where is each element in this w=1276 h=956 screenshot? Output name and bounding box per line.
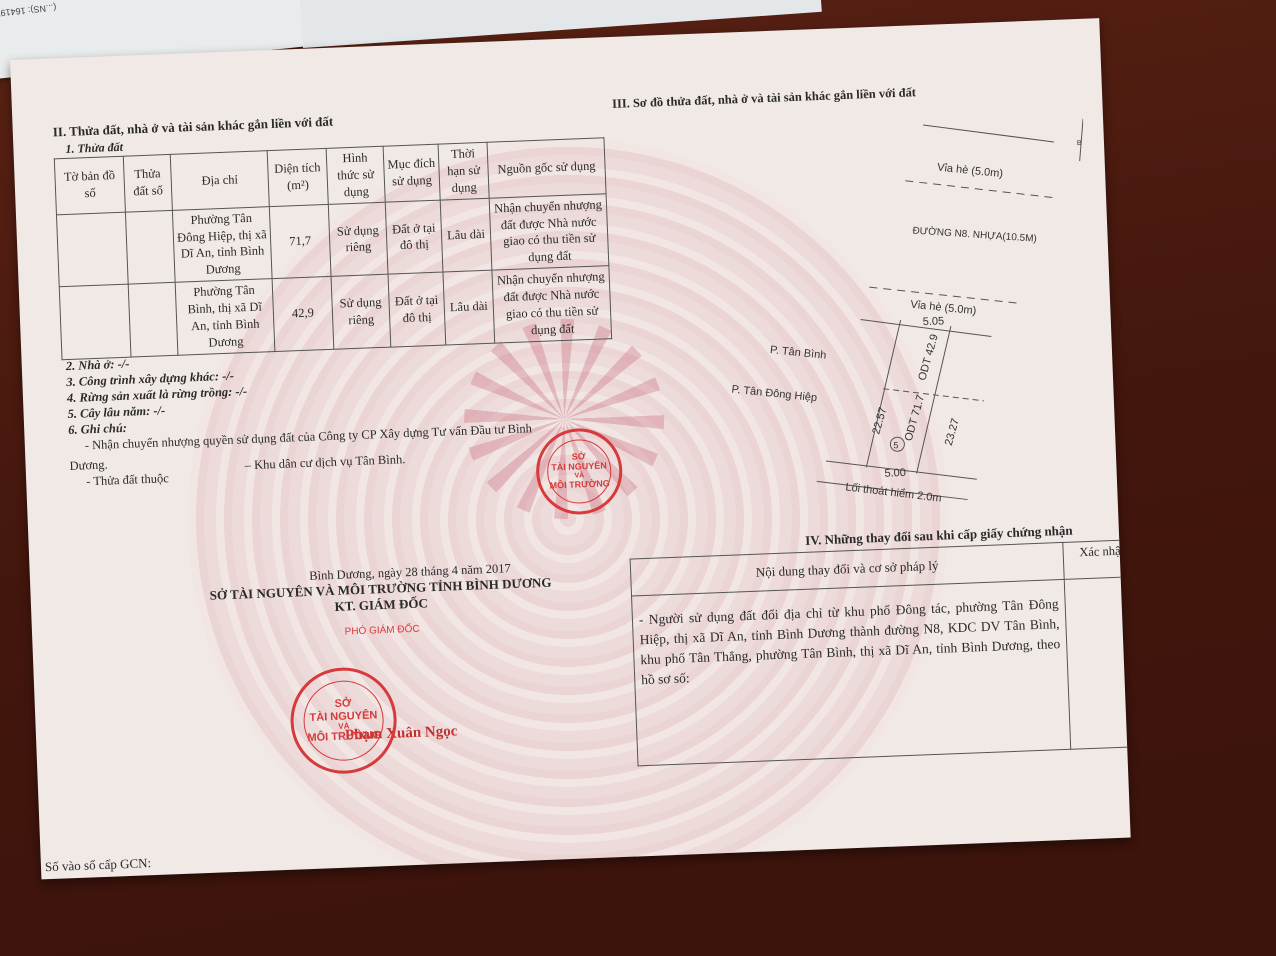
cell: 71,7 [269, 204, 331, 279]
cell: 42,9 [272, 276, 334, 351]
paper-code: (...NS): 1641973 [0, 2, 57, 19]
label-side-left: 22.57 [870, 406, 889, 436]
cell: Lâu dài [440, 198, 492, 272]
col-area: Diện tích (m²) [267, 148, 328, 206]
cell [56, 212, 128, 287]
col-term: Thời hạn sử dụng [438, 142, 489, 199]
cell: Phường Tân Bình, thị xã Dĩ An, tỉnh Bình… [175, 279, 275, 355]
cell: Đất ở tại đô thị [388, 272, 446, 347]
cell [125, 210, 175, 284]
official-seal-small: SỞ TÀI NGUYÊN VÀ MÔI TRƯỜNG [535, 427, 624, 516]
col-map-sheet: Tờ bản đồ số [54, 156, 125, 214]
cell [59, 284, 131, 359]
label-width-bottom: 5.00 [884, 467, 906, 480]
cell: Phường Tân Đông Hiệp, thị xã Dĩ An, tỉnh… [172, 206, 272, 282]
seal-text: MÔI TRƯỜNG [307, 730, 381, 745]
cell: Nhận chuyển nhượng đất được Nhà nước gia… [492, 266, 612, 343]
label-alley: Lối thoát hiểm 2.0m [845, 481, 942, 504]
cell: Sử dụng riêng [331, 274, 391, 349]
cell: Lâu dài [443, 270, 495, 344]
label-parcel-no: 5 [893, 440, 898, 450]
col-purpose: Mục đích sử dụng [383, 144, 440, 202]
parcel-table: Tờ bản đồ số Thửa đất số Địa chỉ Diện tí… [54, 137, 612, 360]
parcel-diagram: Vỉa hè (5.0m) ĐƯỜNG N8. NHỰA(10.5M) Vỉa … [652, 79, 1098, 515]
col-origin: Nguồn gốc sử dụng [487, 138, 606, 198]
cell: Đất ở tại đô thị [385, 200, 443, 275]
certificate-page: II. Thửa đất, nhà ở và tài sản khác gắn … [10, 18, 1131, 879]
label-parcel-b: ODT 71.7 [903, 394, 927, 443]
seal-text: SỞ [334, 698, 351, 711]
label-ward-tan-dong-hiep: P. Tân Đông Hiệp [731, 384, 818, 405]
col-use-form: Hình thức sử dụng [326, 146, 385, 204]
cell [128, 282, 178, 356]
notes-block: 2. Nhà ở: -/- 3. Công trình xây dựng khá… [65, 340, 533, 490]
cell: Nhận chuyển nhượng đất được Nhà nước gia… [489, 193, 609, 270]
registry-number-label: Số vào sổ cấp GCN: [45, 855, 152, 875]
seal-text: MÔI TRƯỜNG [549, 479, 609, 491]
label-parcel-a: ODT 42.9 [916, 333, 940, 382]
changes-confirm-cell [1064, 572, 1130, 749]
cell: Sử dụng riêng [328, 202, 388, 277]
label-sidewalk-top: Vỉa hè (5.0m) [937, 162, 1004, 181]
label-road: ĐƯỜNG N8. NHỰA(10.5M) [912, 224, 1037, 245]
section2-sub1: 1. Thửa đất [65, 140, 123, 157]
label-side-right: 23.27 [943, 417, 962, 447]
note-line-3a: - Thửa đất thuộc [86, 471, 169, 488]
changes-table: IV. Những thay đổi sau khi cấp giấy chứn… [629, 513, 1131, 767]
col-address: Địa chỉ [170, 151, 269, 210]
section2-title: II. Thửa đất, nhà ở và tài sản khác gắn … [53, 114, 334, 141]
north-arrow-icon: B [1077, 140, 1082, 147]
changes-entry: - Người sử dụng đất đổi địa chỉ từ khu p… [632, 579, 1071, 765]
label-width-top: 5.05 [923, 315, 945, 328]
label-ward-tan-binh: P. Tân Bình [770, 344, 827, 362]
col-parcel-no: Thửa đất số [123, 154, 172, 211]
